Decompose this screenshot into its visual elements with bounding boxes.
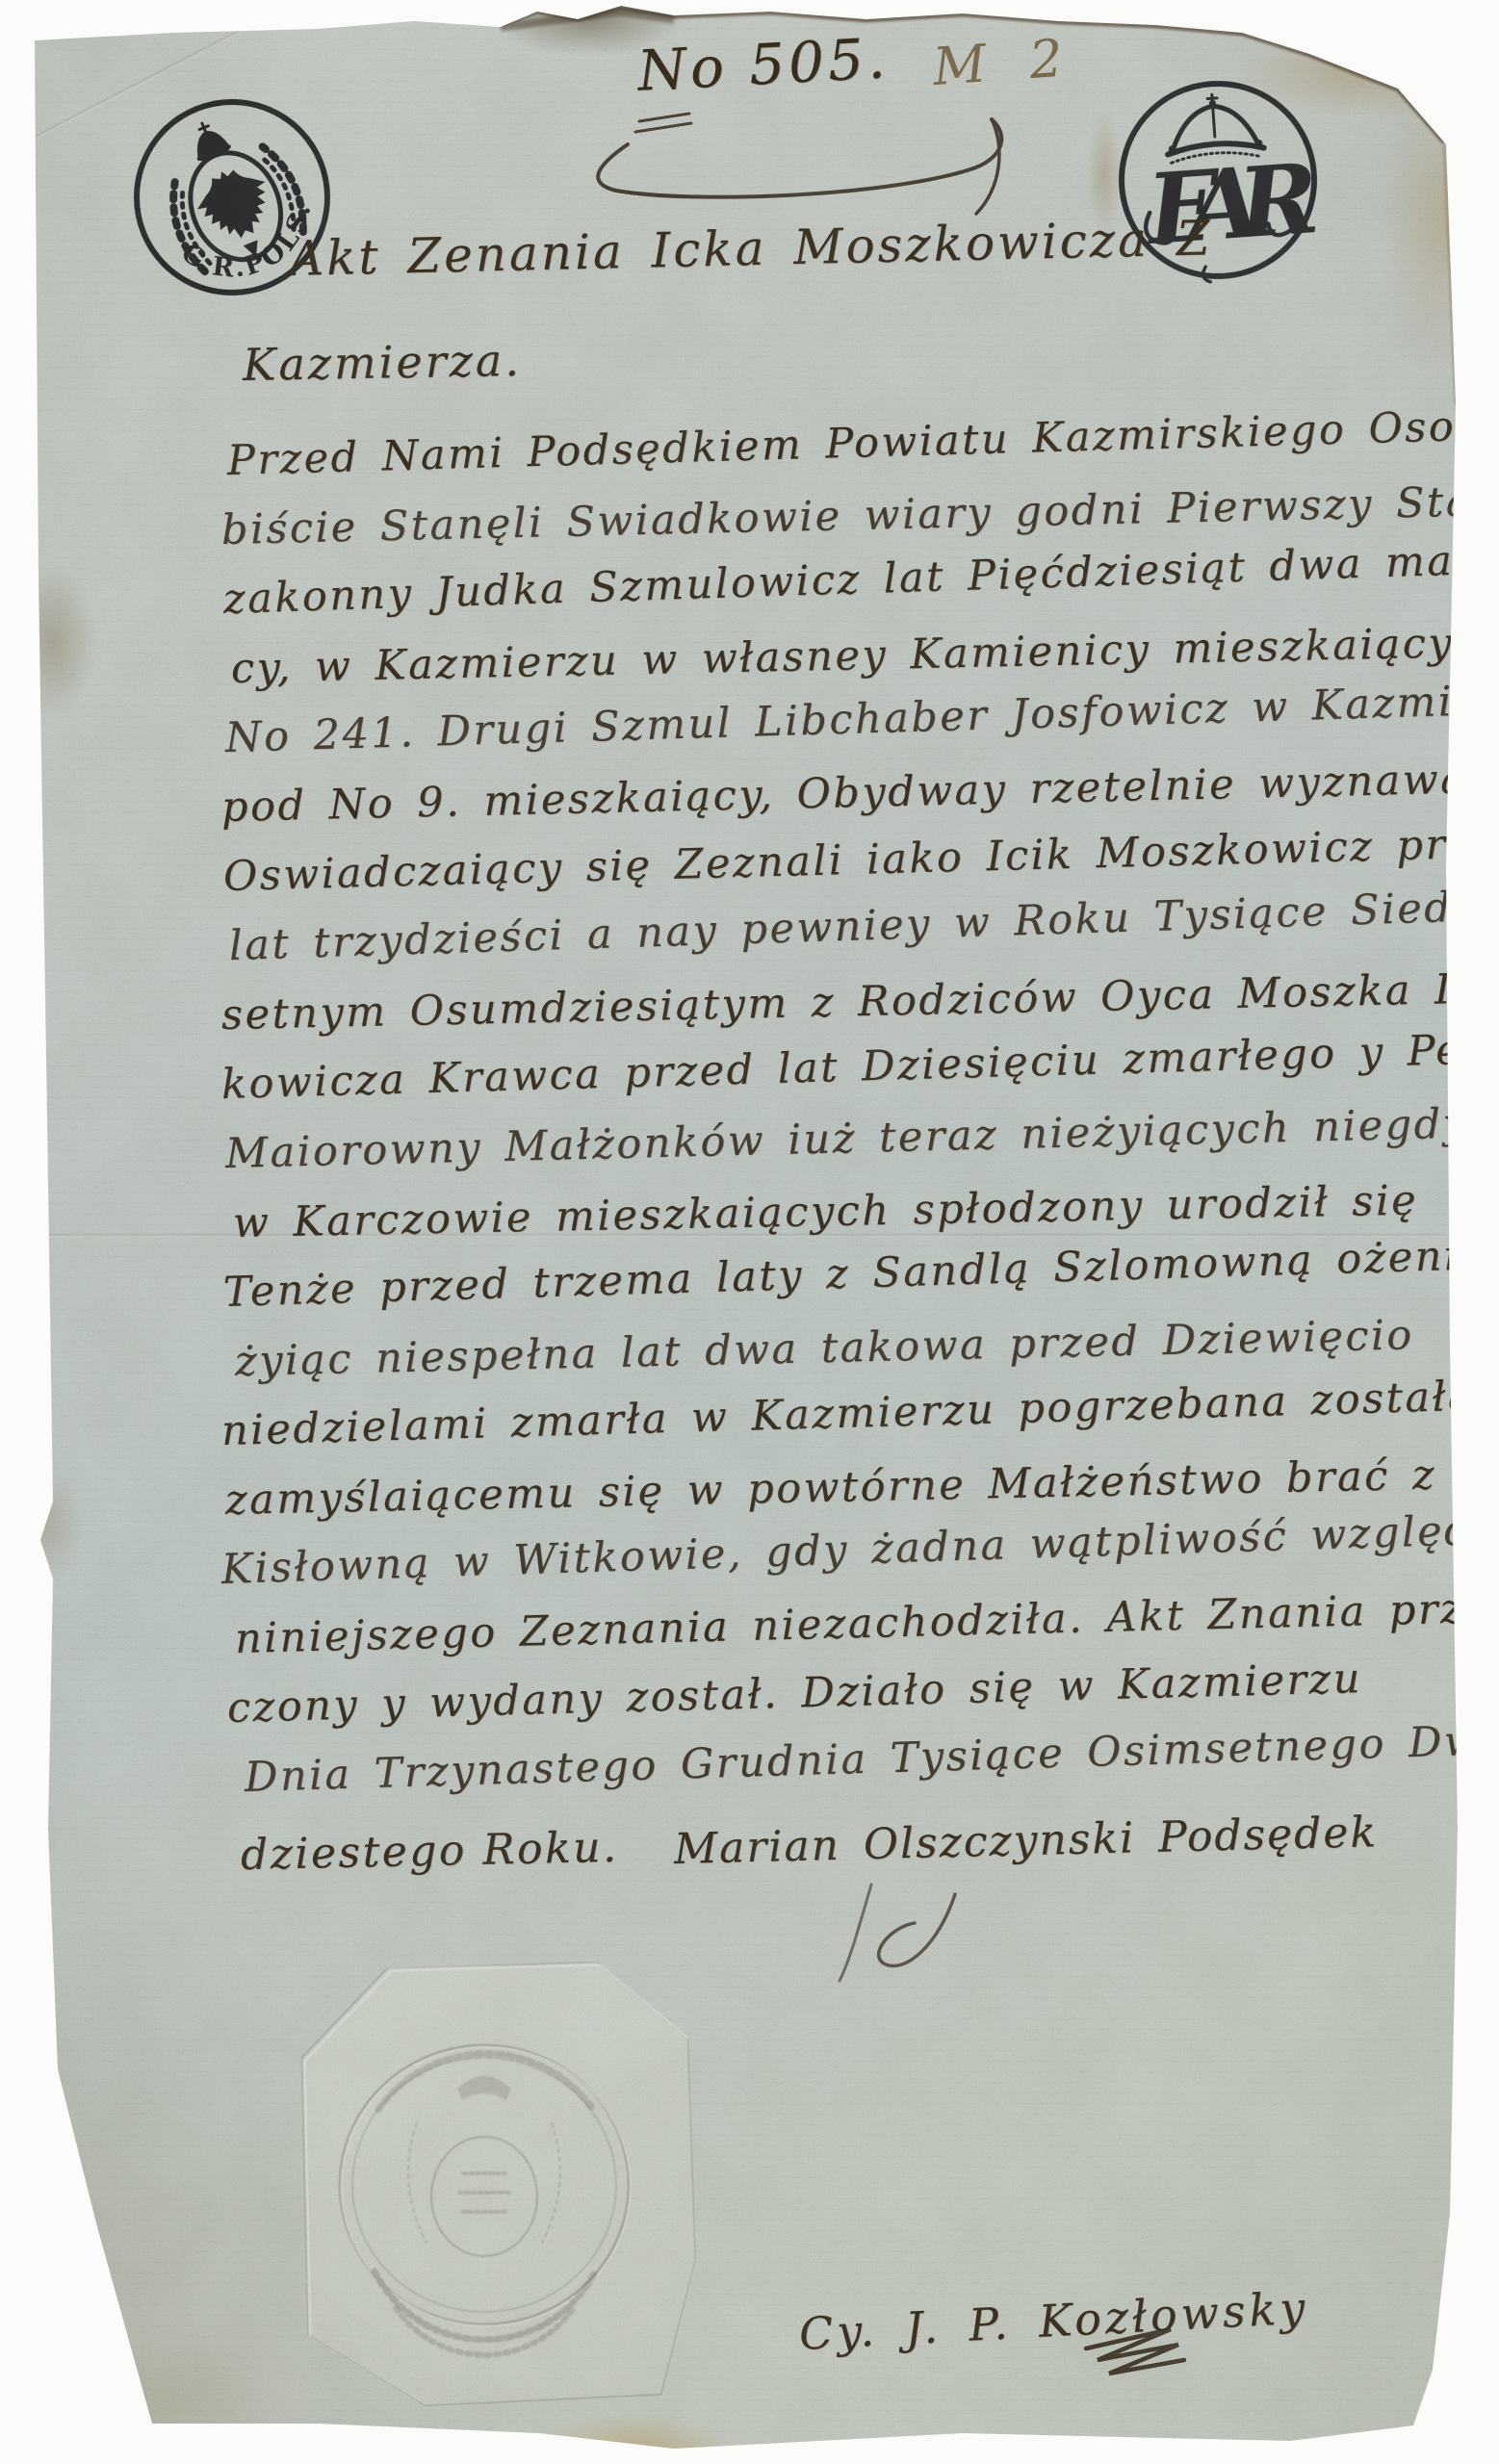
title-line-2: Kazmierza. xyxy=(243,334,523,391)
handwritten-line: Maiorowny Małżonków iuż teraz nieżyiącyc… xyxy=(224,1103,1492,1175)
document-number-annex: M 2 xyxy=(932,32,1078,93)
handwritten-line: żyiąc niespełna lat dwa takowa przed Dzi… xyxy=(235,1315,1415,1383)
title-line-1: Akt Zenania Icka Moszkowicza Z xyxy=(288,210,1213,287)
document-number: No 505. M 2 xyxy=(637,37,1076,92)
eagle-ink-stamp: G.R.POLS. xyxy=(98,64,367,332)
closing-date-fragment: dziestego Roku. xyxy=(240,1823,618,1880)
handwritten-line: setnym Osumdziesiątym z Rodziców Oyca Mo… xyxy=(221,968,1499,1037)
handwritten-line: pod No 9. mieszkaiący, Obydway rzetelnie… xyxy=(221,758,1494,829)
handwritten-line: Oswiadczaiący się Zeznali iako Icik Mosz… xyxy=(222,823,1499,898)
handwritten-line: cy, w Kazmierzu w własney Kamienicy mies… xyxy=(231,621,1499,690)
handwritten-line: lat trzydzieści a nay pewniey w Roku Tys… xyxy=(228,885,1499,967)
handwritten-line: kowicza Krawca przed lat Dziesięciu zmar… xyxy=(220,1028,1499,1106)
document-number-main: No 505. xyxy=(636,30,891,99)
handwritten-line: niniejszego Zeznania niezachodziła. Akt … xyxy=(234,1586,1499,1660)
handwritten-line: No 241. Drugi Szmul Libchaber Josfowicz … xyxy=(224,679,1499,759)
certifying-signature: Cy. J. P. Kozłowsky xyxy=(798,2281,1310,2360)
paper-sheet: No 505. M 2 G.R.POLS. xyxy=(0,0,1499,2464)
embossed-paper-seal xyxy=(274,1954,717,2424)
handwritten-line: Dnia Trzynastego Grudnia Tysiące Osimset… xyxy=(244,1719,1499,1799)
scanned-document: No 505. M 2 G.R.POLS. xyxy=(0,0,1499,2464)
handwritten-line: Przed Nami Podsędkiem Powiatu Kazmirskie… xyxy=(226,406,1471,482)
handwritten-line: czony y wydany został. Działo się w Kazm… xyxy=(226,1658,1362,1730)
handwritten-line: zakonny Judka Szmulowicz lat Pięćdziesią… xyxy=(222,539,1499,621)
handwritten-line: niedzielami zmarła w Kazmierzu pogrzeban… xyxy=(220,1376,1475,1452)
clerk-signature: Marian Olszczynski Podsędek xyxy=(673,1808,1378,1874)
